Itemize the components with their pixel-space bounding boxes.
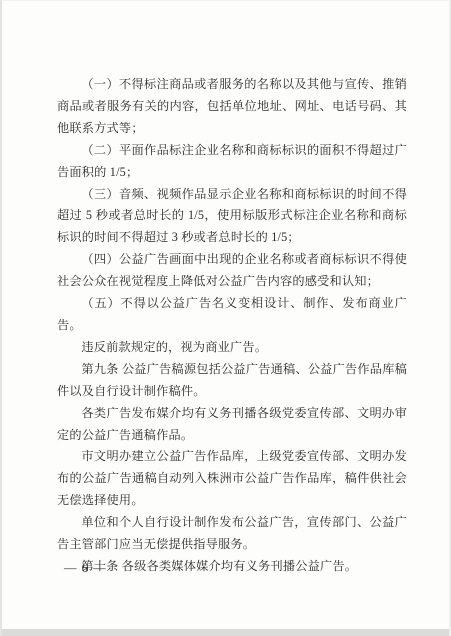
paragraph-item-5: （五）不得以公益广告名义变相设计、制作、发布商业广告。 bbox=[57, 293, 407, 337]
paragraph-item-3: （三）音频、视频作品显示企业名称和商标标识的时间不得超过 5 秒或者总时长的 1… bbox=[57, 184, 407, 250]
document-page: （一）不得标注商品或者服务的名称以及其他与宣传、推销商品或者服务有关的内容，包括… bbox=[0, 0, 451, 636]
paragraph-item-10: 单位和个人自行设计制作发布公益广告，宣传部门、公益广告主管部门应当无偿提供指导服… bbox=[57, 512, 407, 556]
page-number: — 6 — bbox=[64, 561, 107, 576]
paragraph-item-1: （一）不得标注商品或者服务的名称以及其他与宣传、推销商品或者服务有关的内容，包括… bbox=[57, 74, 407, 140]
document-text-block: （一）不得标注商品或者服务的名称以及其他与宣传、推销商品或者服务有关的内容，包括… bbox=[57, 74, 407, 578]
paragraph-item-4: （四）公益广告画面中出现的企业名称或者商标标识不得使社会公众在视觉程度上降低对公… bbox=[57, 249, 407, 293]
paragraph-item-7-article-9: 第九条 公益广告稿源包括公益广告通稿、公益广告作品库稿件以及自行设计制作稿件。 bbox=[57, 359, 407, 403]
paragraph-item-8: 各类广告发布媒介均有义务刊播各级党委宣传部、文明办审定的公益广告通稿作品。 bbox=[57, 403, 407, 447]
paragraph-item-6: 违反前款规定的，视为商业广告。 bbox=[57, 337, 407, 359]
paragraph-item-2: （二）平面作品标注企业名称和商标标识的面积不得超过广告面积的 1/5； bbox=[57, 140, 407, 184]
paragraph-item-11-article-10: 第十条 各级各类媒体媒介均有义务刊播公益广告。 bbox=[57, 556, 407, 578]
paragraph-item-9: 市文明办建立公益广告作品库，上级党委宣传部、文明办发布的公益广告通稿自动列入株洲… bbox=[57, 446, 407, 512]
